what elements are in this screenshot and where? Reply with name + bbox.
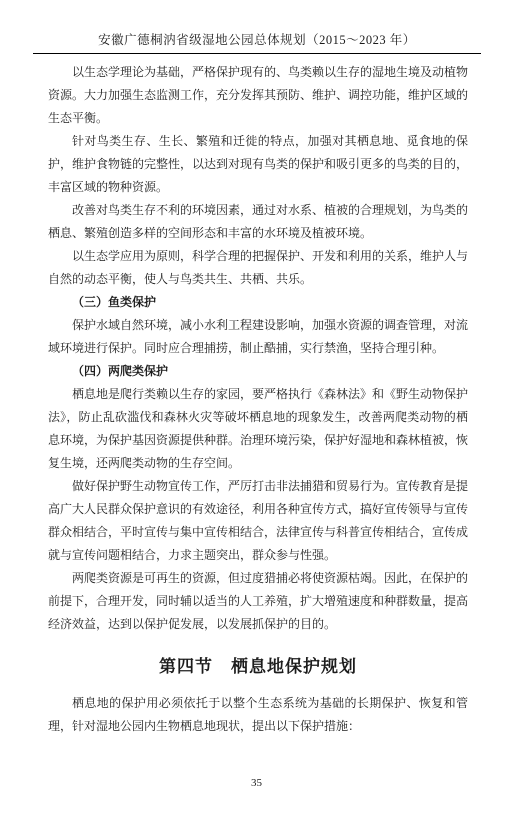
page-footer: 35 [0,777,513,789]
document-page: 安徽广德桐汭省级湿地公园总体规划（2015～2023 年） 以生态学理论为基础，… [0,0,513,819]
paragraph-ecology-basis: 以生态学理论为基础，严格保护现有的、鸟类赖以生存的湿地生境及动植物资源。大力加强… [48,61,468,130]
page-header: 安徽广德桐汭省级湿地公园总体规划（2015～2023 年） [33,30,481,54]
paragraph-reptile-resource: 两爬类资源是可再生的资源，但过度猎捕必将使资源枯竭。因此，在保护的前提下，合理开… [48,567,468,636]
page-number: 35 [251,777,262,789]
paragraph-reptile-habitat: 栖息地是爬行类赖以生存的家园，要严格执行《森林法》和《野生动物保护法》，防止乱砍… [48,383,468,475]
paragraph-habitat-plan-intro: 栖息地的保护用必须依托于以整个生态系统为基础的长期保护、恢复和管理，针对湿地公园… [48,692,468,738]
section-title-habitat-plan: 第四节 栖息地保护规划 [48,653,468,681]
subsection-heading-fish-protection: （三）鱼类保护 [48,291,468,314]
paragraph-reptile-publicity: 做好保护野生动物宣传工作，严厉打击非法捕猎和贸易行为。宣传教育是提高广大人民群众… [48,475,468,567]
paragraph-fish-protection: 保护水域自然环境，减小水利工程建设影响，加强水资源的调查管理，对流域环境进行保护… [48,314,468,360]
document-title: 安徽广德桐汭省级湿地公园总体规划（2015～2023 年） [98,33,416,47]
subsection-heading-reptile-protection: （四）两爬类保护 [48,360,468,383]
paragraph-bird-habitat: 针对鸟类生存、生长、繁殖和迁徙的特点，加强对其栖息地、觅食地的保护，维护食物链的… [48,130,468,199]
paragraph-environment-improve: 改善对鸟类生存不利的环境因素，通过对水系、植被的合理规划，为鸟类的栖息、繁殖创造… [48,199,468,245]
page-body: 以生态学理论为基础，严格保护现有的、鸟类赖以生存的湿地生境及动植物资源。大力加强… [48,61,468,738]
paragraph-ecology-principle: 以生态学应用为原则，科学合理的把握保护、开发和利用的关系，维护人与自然的动态平衡… [48,245,468,291]
